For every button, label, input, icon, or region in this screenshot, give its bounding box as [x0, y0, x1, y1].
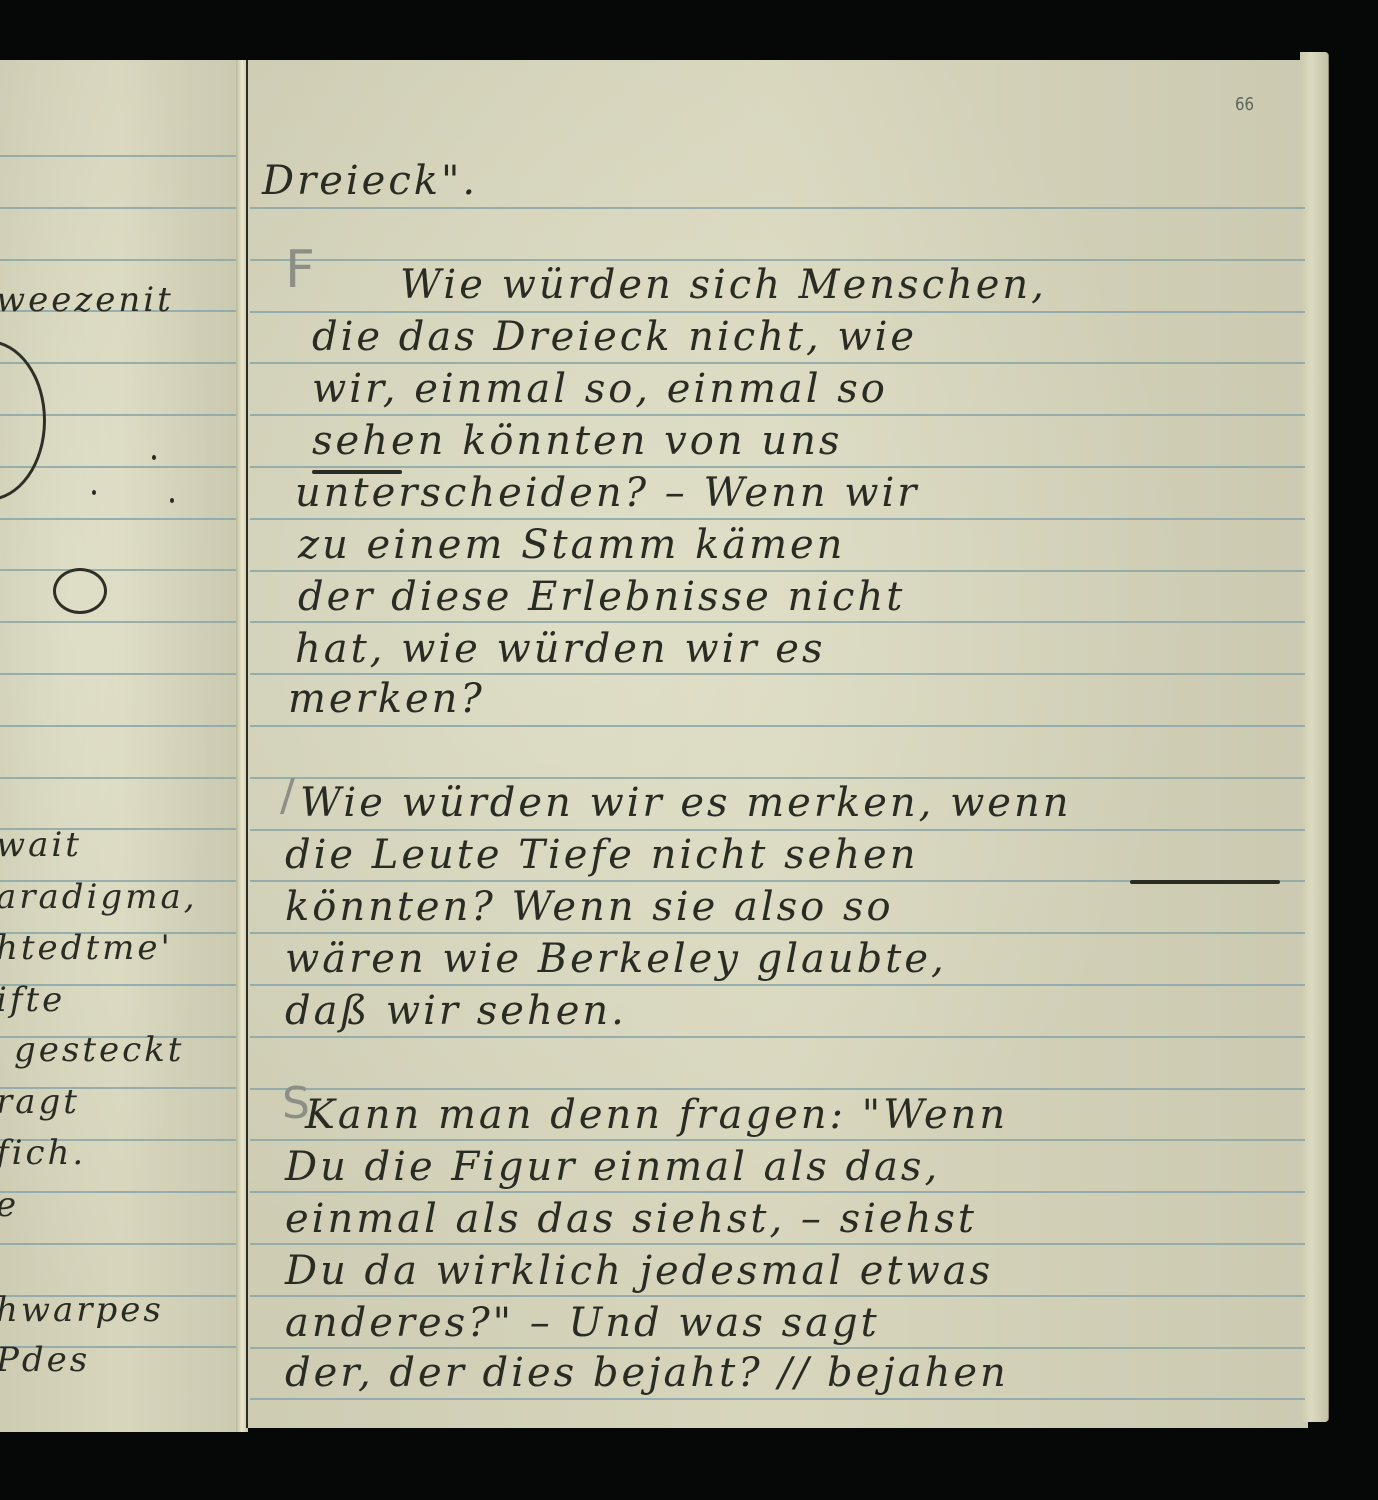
ruled-line: [250, 777, 1305, 779]
ruled-line: [250, 518, 1305, 520]
ruled-line: [0, 621, 236, 623]
text-line: unterscheiden? – Wenn wir: [295, 470, 919, 516]
ruled-line: [250, 621, 1305, 623]
left-fragment: hwarpes: [0, 1290, 164, 1330]
text-line: könnten? Wenn sie also so: [285, 884, 894, 930]
text-line: Du die Figur einmal als das,: [285, 1144, 940, 1190]
left-fragment: wait: [0, 825, 82, 865]
left-fragment: Pdes: [0, 1340, 90, 1380]
text-line: wir, einmal so, einmal so: [312, 366, 888, 412]
ruled-line: [0, 518, 236, 520]
left-fragment: ifte: [0, 980, 65, 1020]
ruled-line: [250, 932, 1305, 934]
ruled-line: [250, 570, 1305, 572]
ruled-line: [250, 984, 1305, 986]
ruled-line: [250, 311, 1305, 313]
text-line: Kann man denn fragen: "Wenn: [305, 1092, 1008, 1138]
ruled-line: [250, 362, 1305, 364]
text-line: wären wie Berkeley glaubte,: [285, 936, 947, 982]
ruled-line: [0, 1191, 236, 1193]
ruled-line: [250, 829, 1305, 831]
ink-dot: [92, 490, 96, 495]
ruled-line: [0, 569, 236, 571]
ruled-line: [0, 259, 236, 261]
text-line: der diese Erlebnisse nicht: [298, 574, 905, 620]
ruled-line: [0, 725, 236, 727]
ruled-line: [0, 207, 236, 209]
text-line: Wie würden sich Menschen,: [400, 262, 1047, 308]
text-line: hat, wie würden wir es: [295, 626, 825, 672]
page-number: 66: [1235, 93, 1254, 115]
ruled-line: [250, 1088, 1305, 1090]
underline-mark: [1130, 880, 1280, 884]
ruled-line: [250, 207, 1305, 209]
left-fragment: e: [0, 1185, 19, 1225]
ruled-line: [250, 1036, 1305, 1038]
ruled-line: [0, 777, 236, 779]
left-fragment: gesteckt: [14, 1030, 184, 1070]
ruled-line: [0, 673, 236, 675]
text-line: die das Dreieck nicht, wie: [312, 314, 917, 360]
ruled-line: [0, 1243, 236, 1245]
header-line: Dreieck".: [262, 158, 478, 204]
ruled-line: [250, 1347, 1305, 1349]
ruled-line: [250, 1295, 1305, 1297]
ruled-line: [250, 466, 1305, 468]
ruled-line: [250, 673, 1305, 675]
left-fragment: ragt: [0, 1082, 80, 1122]
text-line: daß wir sehen.: [285, 988, 627, 1034]
text-line: anderes?" – Und was sagt: [285, 1300, 880, 1346]
page-edge-stack: [1300, 52, 1329, 1422]
left-fragment: weezenit: [0, 280, 174, 320]
text-line: sehen könnten von uns: [312, 418, 842, 464]
text-line: Wie würden wir es merken, wenn: [300, 780, 1072, 826]
drawn-small-circle: [53, 568, 107, 614]
left-page: [0, 60, 242, 1432]
ruled-line: [250, 259, 1305, 261]
ink-dot: [170, 498, 174, 503]
ruled-line: [250, 1243, 1305, 1245]
ink-dot: [152, 455, 156, 460]
ruled-line: [250, 1191, 1305, 1193]
ruled-line: [250, 1139, 1305, 1141]
ruled-line: [250, 725, 1305, 727]
text-line: die Leute Tiefe nicht sehen: [285, 832, 918, 878]
text-line: zu einem Stamm kämen: [298, 522, 845, 568]
left-fragment: htedtme': [0, 928, 173, 968]
left-fragment: fich.: [0, 1133, 86, 1173]
paragraph-marker: /: [280, 770, 298, 821]
text-line: einmal als das siehst, – siehst: [285, 1196, 977, 1242]
text-line: merken?: [288, 676, 485, 722]
left-fragment: aradigma,: [0, 877, 198, 917]
text-line: Du da wirklich jedesmal etwas: [285, 1248, 993, 1294]
ruled-line: [0, 155, 236, 157]
ruled-line: [0, 362, 236, 364]
text-line: der, der dies bejaht? // bejahen: [285, 1350, 1009, 1396]
ruled-line: [250, 414, 1305, 416]
ruled-line: [250, 1398, 1305, 1400]
pencil-mark: F: [285, 240, 318, 300]
